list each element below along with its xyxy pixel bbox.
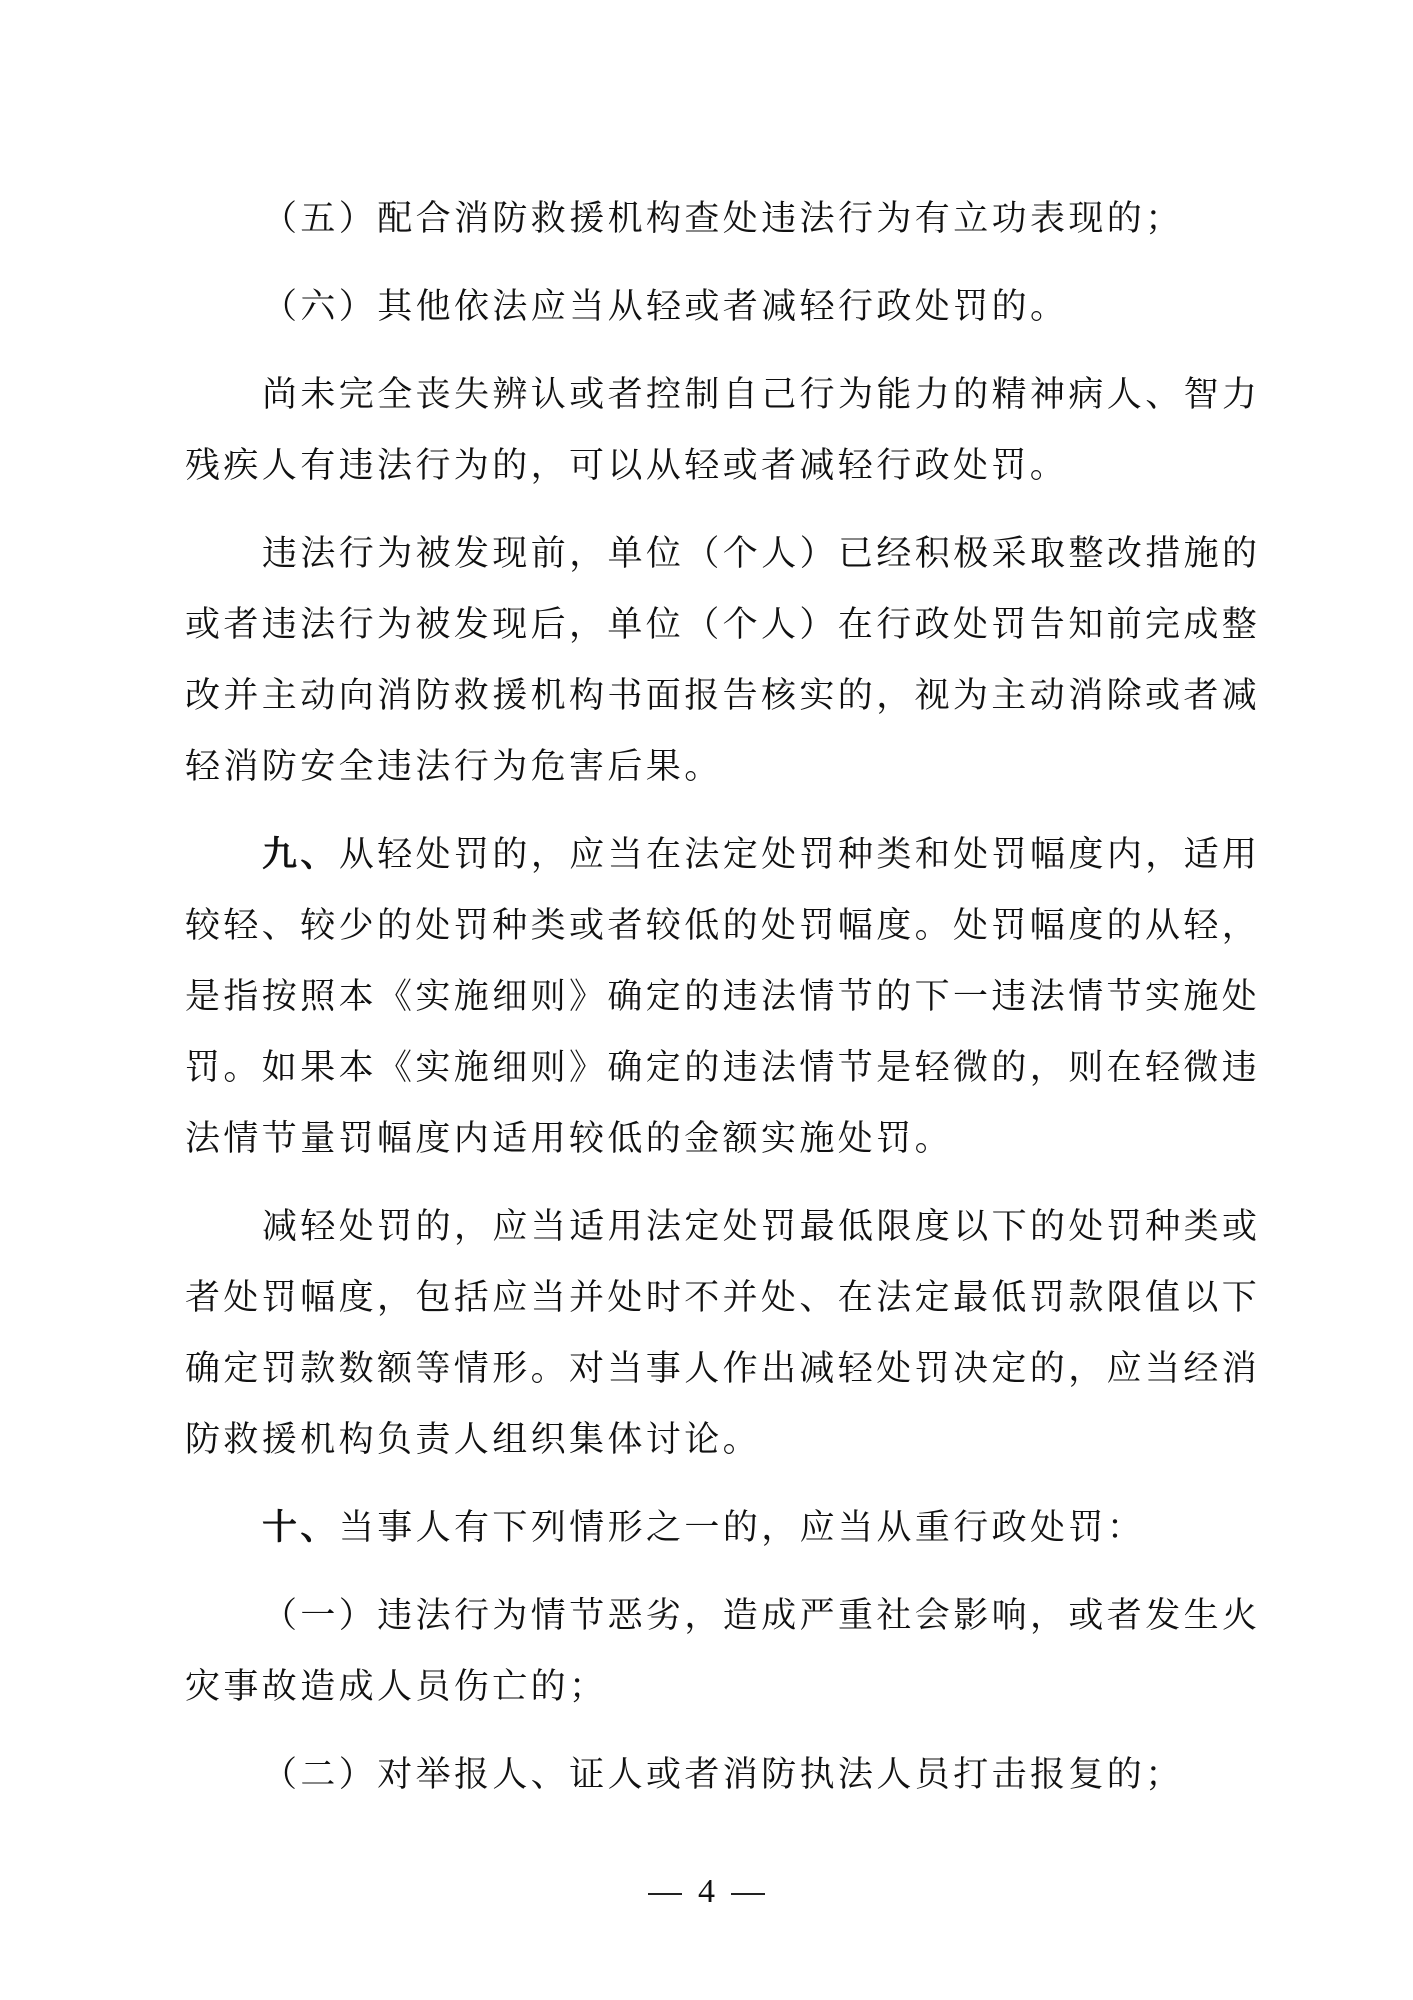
- text-line: 防救援机构负责人组织集体讨论。: [185, 1405, 1267, 1476]
- text-line: 九、从轻处罚的，应当在法定处罚种类和处罚幅度内，适用: [185, 820, 1267, 891]
- text-line: 确定罚款数额等情形。对当事人作出减轻处罚决定的，应当经消: [185, 1334, 1267, 1405]
- dash-left: [648, 1893, 682, 1895]
- section-10: 十、当事人有下列情形之一的，应当从重行政处罚：: [185, 1493, 1267, 1564]
- text-line: 灾事故造成人员伤亡的；: [185, 1652, 1267, 1723]
- section-text: 从轻处罚的，应当在法定处罚种类和处罚幅度内，适用: [339, 835, 1261, 875]
- list-item-1: （一）违法行为情节恶劣，造成严重社会影响，或者发生火 灾事故造成人员伤亡的；: [185, 1581, 1267, 1723]
- document-page: （五）配合消防救援机构查处违法行为有立功表现的； （六）其他依法应当从轻或者减轻…: [0, 0, 1413, 2000]
- section-number: 十、: [262, 1508, 339, 1548]
- text-line: 十、当事人有下列情形之一的，应当从重行政处罚：: [185, 1493, 1267, 1564]
- text-line: 减轻处罚的，应当适用法定处罚最低限度以下的处罚种类或: [185, 1192, 1267, 1263]
- text-line: （五）配合消防救援机构查处违法行为有立功表现的；: [185, 184, 1267, 255]
- section-9: 九、从轻处罚的，应当在法定处罚种类和处罚幅度内，适用 较轻、较少的处罚种类或者较…: [185, 820, 1267, 1175]
- text-line: （一）违法行为情节恶劣，造成严重社会影响，或者发生火: [185, 1581, 1267, 1652]
- document-body: （五）配合消防救援机构查处违法行为有立功表现的； （六）其他依法应当从轻或者减轻…: [185, 184, 1267, 1828]
- text-line: 残疾人有违法行为的，可以从轻或者减轻行政处罚。: [185, 431, 1267, 502]
- section-number: 九、: [262, 835, 339, 875]
- text-line: 违法行为被发现前，单位（个人）已经积极采取整改措施的: [185, 519, 1267, 590]
- paragraph-mitigated-penalty: 减轻处罚的，应当适用法定处罚最低限度以下的处罚种类或 者处罚幅度，包括应当并处时…: [185, 1192, 1267, 1476]
- page-number: 4: [698, 1873, 715, 1910]
- list-item-5: （五）配合消防救援机构查处违法行为有立功表现的；: [185, 184, 1267, 255]
- text-line: 轻消防安全违法行为危害后果。: [185, 732, 1267, 803]
- text-line: 较轻、较少的处罚种类或者较低的处罚幅度。处罚幅度的从轻，: [185, 891, 1267, 962]
- text-line: 法情节量罚幅度内适用较低的金额实施处罚。: [185, 1104, 1267, 1175]
- text-line: 是指按照本《实施细则》确定的违法情节的下一违法情节实施处: [185, 962, 1267, 1033]
- text-line: 尚未完全丧失辨认或者控制自己行为能力的精神病人、智力: [185, 360, 1267, 431]
- page-footer: 4: [0, 1872, 1413, 1912]
- text-line: （六）其他依法应当从轻或者减轻行政处罚的。: [185, 272, 1267, 343]
- text-line: 罚。如果本《实施细则》确定的违法情节是轻微的，则在轻微违: [185, 1033, 1267, 1104]
- list-item-2: （二）对举报人、证人或者消防执法人员打击报复的；: [185, 1740, 1267, 1811]
- text-line: （二）对举报人、证人或者消防执法人员打击报复的；: [185, 1740, 1267, 1811]
- text-line: 或者违法行为被发现后，单位（个人）在行政处罚告知前完成整: [185, 590, 1267, 661]
- paragraph-mental-illness: 尚未完全丧失辨认或者控制自己行为能力的精神病人、智力 残疾人有违法行为的，可以从…: [185, 360, 1267, 502]
- list-item-6: （六）其他依法应当从轻或者减轻行政处罚的。: [185, 272, 1267, 343]
- paragraph-rectification: 违法行为被发现前，单位（个人）已经积极采取整改措施的 或者违法行为被发现后，单位…: [185, 519, 1267, 803]
- section-text: 当事人有下列情形之一的，应当从重行政处罚：: [339, 1508, 1145, 1548]
- text-line: 改并主动向消防救援机构书面报告核实的，视为主动消除或者减: [185, 661, 1267, 732]
- text-line: 者处罚幅度，包括应当并处时不并处、在法定最低罚款限值以下: [185, 1263, 1267, 1334]
- dash-right: [731, 1893, 765, 1895]
